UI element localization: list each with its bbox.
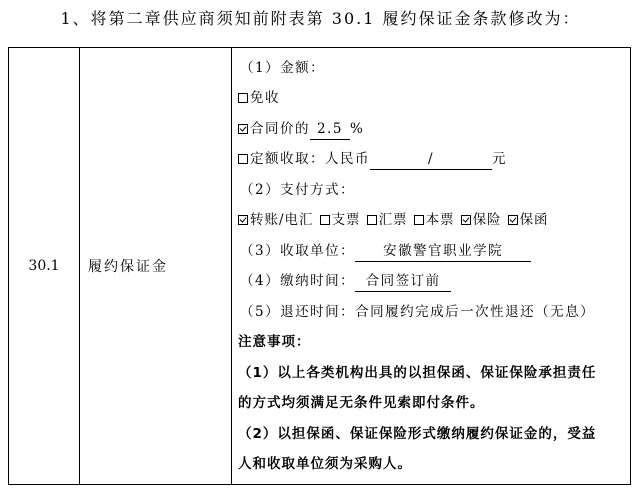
payment-options: 转账/电汇支票汇票本票保险保函 xyxy=(238,205,630,236)
table-row: 30.1 履约保证金 （1）金额： 免收 合同价的2.5% 定额收取：人民币/元… xyxy=(9,48,631,485)
refund-time-value: 合同履约完成后一次性退还（无息） xyxy=(355,304,595,320)
receiver-line: （3）收取单位：安徽警官职业学院 xyxy=(238,236,630,267)
checkbox-checked-icon[interactable] xyxy=(461,215,471,225)
clause-table: 30.1 履约保证金 （1）金额： 免收 合同价的2.5% 定额收取：人民币/元… xyxy=(8,47,631,485)
note-1-line-1: （1）以上各类机构出具的以担保函、保证保险承担责任 xyxy=(238,358,630,389)
receiver-value: 安徽警官职业学院 xyxy=(355,241,531,262)
pay-time-value: 合同签订前 xyxy=(355,271,451,292)
clause-name: 履约保证金 xyxy=(80,48,232,485)
payment-option-promissory[interactable]: 本票 xyxy=(414,212,455,228)
checkbox-unchecked-icon[interactable] xyxy=(414,215,424,225)
amount-option-exempt: 免收 xyxy=(238,83,630,114)
payment-option-guarantee[interactable]: 保函 xyxy=(508,212,549,228)
amount-title: （1）金额： xyxy=(238,53,630,84)
note-2-line-2: 人和收取单位须为采购人。 xyxy=(238,449,630,480)
checkbox-unchecked-icon[interactable] xyxy=(238,154,248,164)
clause-number: 30.1 xyxy=(9,48,80,485)
section-heading: 1、将第二章供应商须知前附表第 30.1 履约保证金条款修改为： xyxy=(0,8,641,30)
checkbox-checked-icon[interactable] xyxy=(238,124,248,134)
payment-option-draft[interactable]: 汇票 xyxy=(367,212,408,228)
pay-time-line: （4）缴纳时间：合同签订前 xyxy=(238,266,630,297)
percent-value: 2.5 xyxy=(310,119,350,140)
checkbox-unchecked-icon[interactable] xyxy=(238,93,248,103)
note-1-line-2: 的方式均须满足无条件见索即付条件。 xyxy=(238,388,630,419)
checkbox-unchecked-icon[interactable] xyxy=(320,215,330,225)
payment-option-check[interactable]: 支票 xyxy=(320,212,361,228)
note-2-line-1: （2）以担保函、保证保险形式缴纳履约保证金的，受益 xyxy=(238,419,630,450)
checkbox-unchecked-icon[interactable] xyxy=(367,215,377,225)
payment-title: （2）支付方式： xyxy=(238,175,630,206)
payment-option-transfer[interactable]: 转账/电汇 xyxy=(238,212,314,228)
checkbox-checked-icon[interactable] xyxy=(238,215,248,225)
amount-option-fixed: 定额收取：人民币/元 xyxy=(238,144,630,175)
notes-title: 注意事项： xyxy=(238,327,630,358)
amount-option-percent: 合同价的2.5% xyxy=(238,114,630,145)
refund-time-line: （5）退还时间：合同履约完成后一次性退还（无息） xyxy=(238,297,630,328)
fixed-amount-value: / xyxy=(370,149,492,170)
payment-option-insurance[interactable]: 保险 xyxy=(461,212,502,228)
checkbox-checked-icon[interactable] xyxy=(508,215,518,225)
clause-content: （1）金额： 免收 合同价的2.5% 定额收取：人民币/元 （2）支付方式： 转… xyxy=(232,48,631,485)
